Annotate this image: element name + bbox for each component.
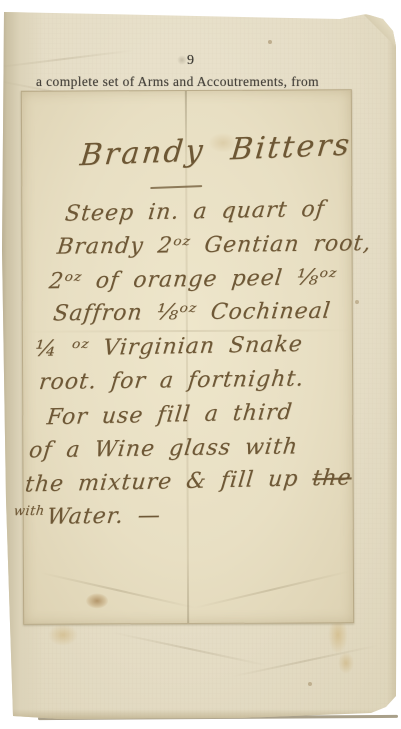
page-edge-top [0, 0, 401, 10]
fox-spot [308, 682, 312, 686]
struck-word: the [311, 466, 353, 492]
page-crease [0, 49, 134, 68]
stain [338, 652, 354, 674]
handwritten-recipe-body: Steep in. a quart of Brandy 2ᵒᶻ Gentian … [19, 194, 375, 537]
page-edge-right [387, 0, 401, 729]
slip-diagonal-crease [194, 570, 350, 609]
handwritten-text: 2ᵒᶻ of orange peel ⅛ᵒᶻ [48, 265, 339, 294]
handwritten-title: Brandy Bitters [78, 127, 353, 173]
page-fold-line [0, 0, 2, 96]
scanned-document: 9 a complete set of Arms and Accoutremen… [0, 0, 401, 729]
book-page: 9 a complete set of Arms and Accoutremen… [0, 0, 401, 729]
handwritten-line: For use fill a third [45, 394, 351, 434]
handwritten-line: Steep in. a quart of [63, 192, 375, 231]
stain [86, 593, 108, 608]
ink-smudge [177, 55, 187, 65]
handwritten-text: the mixture & fill up [24, 467, 314, 498]
handwritten-line: ¼ ᵒᶻ Virginian Snake [33, 327, 359, 367]
handwritten-text: of a Wine glass with [28, 434, 300, 463]
handwritten-line: 2ᵒᶻ of orange peel ⅛ᵒᶻ [47, 260, 367, 299]
handwritten-text: ¼ ᵒᶻ Virginian Snake [34, 332, 304, 362]
page-crease [231, 644, 378, 677]
handwritten-text: Steep in. a quart of [64, 197, 326, 227]
slip-diagonal-crease [40, 572, 196, 609]
handwritten-text: Saffron ⅛ᵒᶻ Cochineal [52, 299, 332, 327]
handwritten-line: withWater. — [11, 497, 339, 538]
page-number: 9 [187, 53, 195, 69]
handwritten-text: Brandy 2ᵒᶻ Gentian root, [56, 231, 373, 260]
printed-text-line: a complete set of Arms and Accoutrements… [36, 74, 356, 90]
handwritten-line: Brandy 2ᵒᶻ Gentian root, [55, 227, 371, 264]
page-crease [112, 631, 269, 666]
title-underline [150, 185, 202, 189]
handwritten-line: Saffron ⅛ᵒᶻ Cochineal [51, 295, 363, 332]
stain [48, 624, 78, 646]
handwritten-text: For use fill a third [46, 400, 294, 430]
handwritten-line: root. for a fortnight. [37, 362, 355, 400]
handwritten-text: Water. — [46, 503, 163, 530]
inserted-word: with [13, 504, 46, 519]
handwritten-text: root. for a fortnight. [38, 367, 306, 395]
fox-spot [268, 40, 272, 44]
pasted-recipe-slip: Brandy Bitters Steep in. a quart of Bran… [21, 89, 354, 624]
